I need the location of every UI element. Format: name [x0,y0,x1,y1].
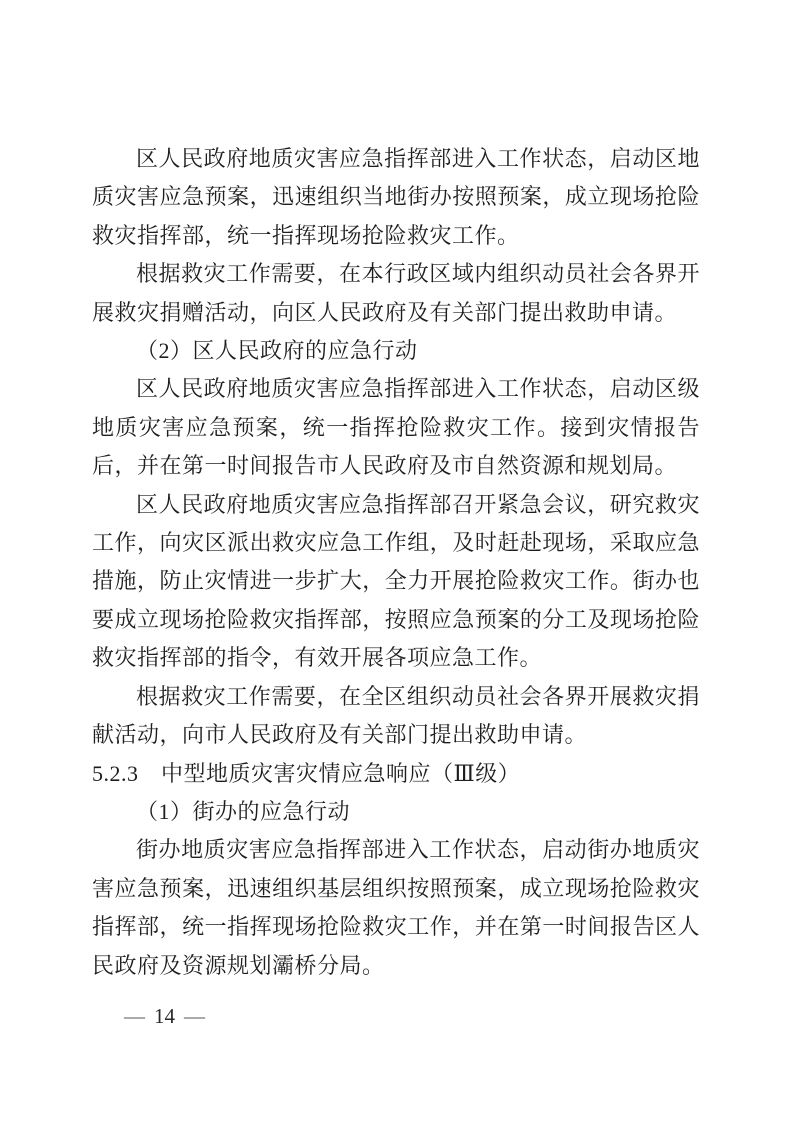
section-heading: 5.2.3 中型地质灾害灾情应急响应（Ⅲ级） [92,755,700,793]
paragraph: （1）街办的应急行动 [92,793,700,831]
paragraph: （2）区人民政府的应急行动 [92,332,700,370]
paragraph: 根据救灾工作需要，在全区组织动员社会各界开展救灾捐献活动，向市人民政府及有关部门… [92,678,700,755]
paragraph: 区人民政府地质灾害应急指挥部召开紧急会议，研究救灾工作，向灾区派出救灾应急工作组… [92,486,700,678]
paragraph: 街办地质灾害应急指挥部进入工作状态，启动街办地质灾害应急预案，迅速组织基层组织按… [92,831,700,985]
footer-dash-left: — [124,1001,145,1031]
paragraph: 区人民政府地质灾害应急指挥部进入工作状态，启动区地质灾害应急预案，迅速组织当地街… [92,140,700,255]
paragraph: 区人民政府地质灾害应急指挥部进入工作状态，启动区级地质灾害应急预案，统一指挥抢险… [92,370,700,485]
page-footer: — 14 — [124,1001,205,1031]
document-body: 区人民政府地质灾害应急指挥部进入工作状态，启动区地质灾害应急预案，迅速组织当地街… [92,140,700,985]
page-number: 14 [154,1001,175,1031]
document-page: 区人民政府地质灾害应急指挥部进入工作状态，启动区地质灾害应急预案，迅速组织当地街… [0,0,793,1122]
footer-dash-right: — [184,1001,205,1031]
paragraph: 根据救灾工作需要，在本行政区域内组织动员社会各界开展救灾捐赠活动，向区人民政府及… [92,255,700,332]
